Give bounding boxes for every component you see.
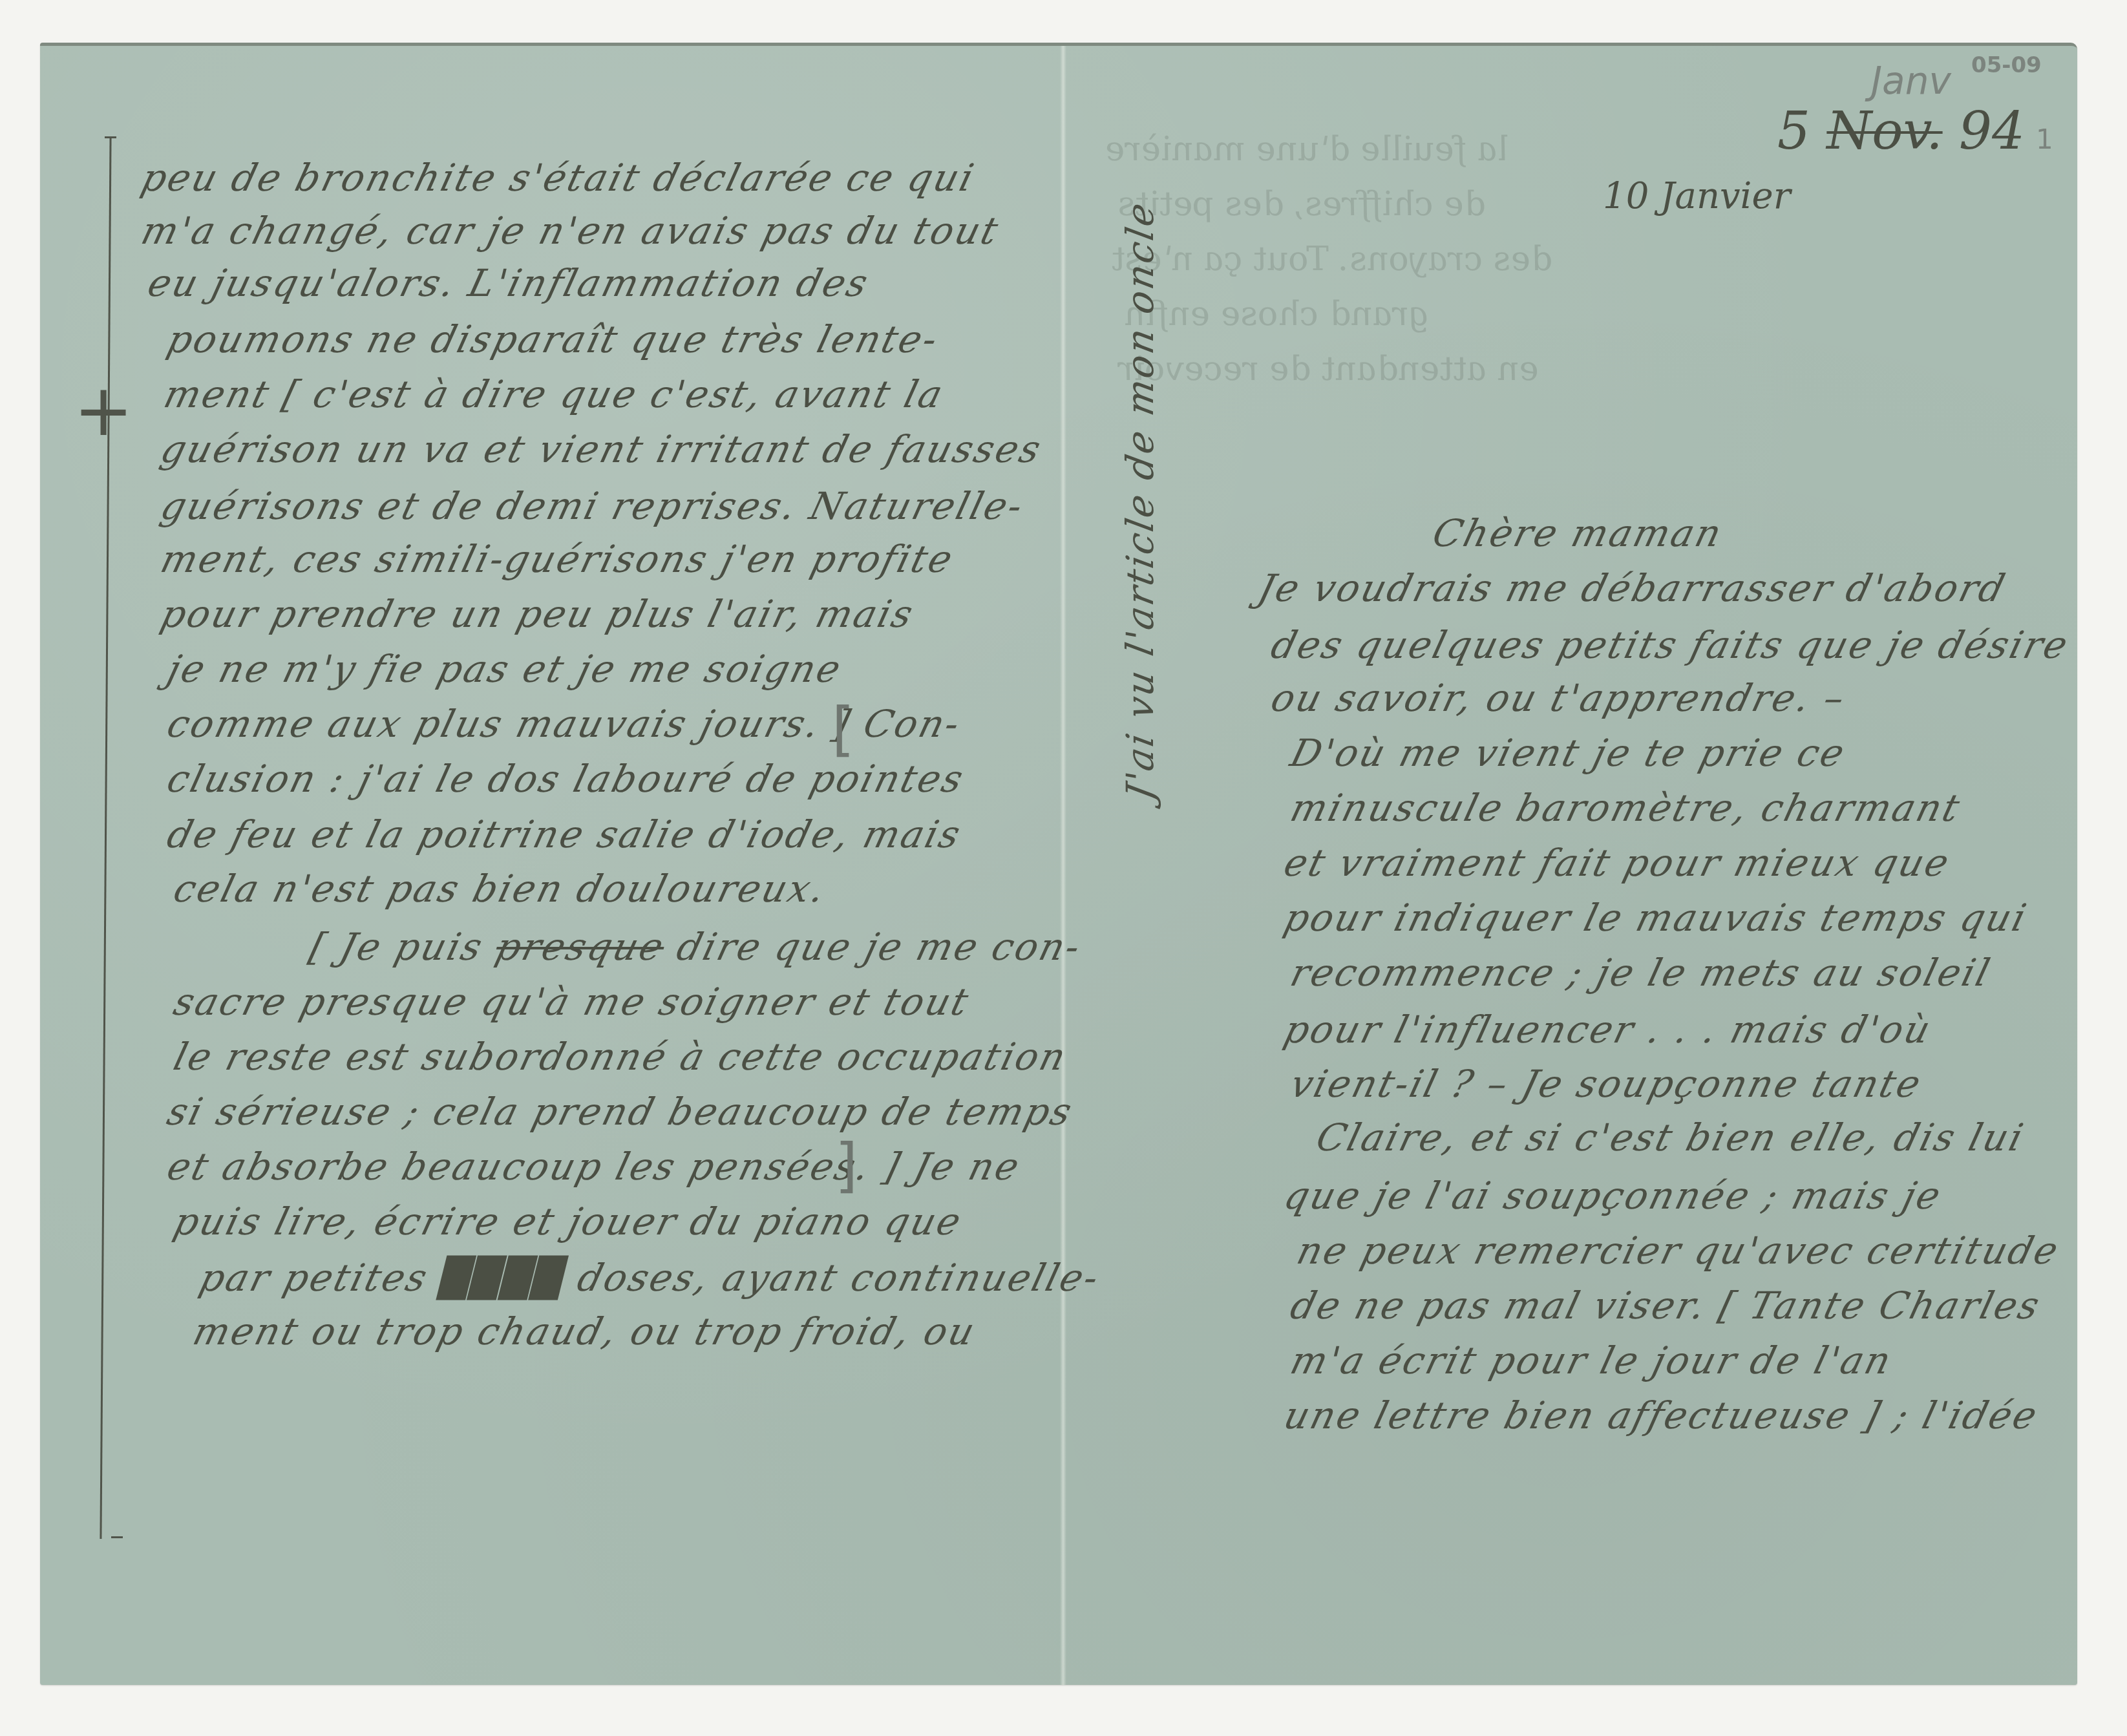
right-page: la feuille d'une manière de chiffres, de…: [1066, 46, 2077, 1685]
left-line-1: peu de bronchite s'était déclarée ce qui: [137, 156, 980, 200]
left-line-10: je ne m'y fie pas et je me soigne: [163, 647, 847, 691]
letter-sheet: + peu de bronchite s'était déclarée ce q…: [40, 43, 2077, 1685]
left-line-6: guérison un va et vient irritant de faus…: [156, 427, 1047, 471]
margin-bracket-top-tick: [105, 136, 116, 138]
bleed-through-line: la feuille d'une manière: [1102, 130, 1512, 169]
bleed-through-line: en attendant de recevoir: [1115, 350, 1543, 388]
date-original-text: 5 Nov. 94: [1777, 101, 2025, 161]
right-line-8: recommence ; je le mets au soleil: [1286, 951, 1996, 995]
right-line-9: pour l'influencer . . . mais d'où: [1280, 1008, 1936, 1052]
date-correction: 10 Janvier: [1603, 175, 1790, 217]
left-line-3: eu jusqu'alors. L'inflammation des: [143, 261, 874, 305]
left-line-21: par petites ████ doses, ayant continuell…: [195, 1256, 1105, 1300]
left-line-22: ment ou trop chaud, ou trop froid, ou: [189, 1309, 981, 1353]
left-line-18: si sérieuse ; cela prend beaucoup de tem…: [163, 1090, 1078, 1134]
left-line-8: ment, ces simili-guérisons j'en profite: [156, 537, 958, 581]
bleed-through-line: des crayons. Tout ça n'est: [1108, 240, 1556, 279]
left-line-4: poumons ne disparaît que très lente-: [163, 317, 944, 361]
left-line-15: [ Je puis presque dire que je me con-: [305, 925, 1086, 969]
left-line-14: cela n'est pas bien douloureux.: [169, 867, 831, 911]
pencil-bracket-mark: ]: [835, 1132, 858, 1200]
right-line-3: ou savoir, ou t'apprendre. –: [1267, 676, 1851, 720]
margin-cross-mark: +: [74, 369, 133, 452]
right-line-7: pour indiquer le mauvais temps qui: [1280, 896, 2032, 940]
left-line-20: puis lire, écrire et jouer du piano que: [169, 1200, 967, 1244]
right-line-4: D'où me vient je te prie ce: [1286, 731, 1850, 775]
pencil-bracket-mark: [: [832, 695, 854, 763]
struck-month: Nov.: [1826, 101, 1942, 161]
right-line-10: vient-il ? – Je soupçonne tante: [1286, 1062, 1927, 1106]
right-line-6: et vraiment fait pour mieux que: [1280, 841, 1955, 885]
right-line-2: des quelques petits faits que je désire: [1267, 623, 2074, 667]
left-line-2: m'a changé, car je n'en avais pas du tou…: [137, 209, 1004, 253]
right-line-11: Claire, et si c'est bien elle, dis lui: [1312, 1116, 2029, 1159]
left-line-7: guérisons et de demi reprises. Naturelle…: [156, 484, 1029, 528]
left-line-15-text: [ Je puis presque dire que je me con-: [305, 925, 1086, 969]
right-line-15: m'a écrit pour le jour de l'an: [1286, 1339, 1897, 1382]
page-number: 1: [2036, 123, 2053, 155]
margin-bracket-bottom-tick: [111, 1536, 123, 1538]
left-line-16: sacre presque qu'à me soigner et tout: [169, 980, 975, 1024]
catalog-number: 05-09: [1971, 52, 2042, 78]
struck-word: presque: [491, 925, 670, 969]
vertical-margin-note: J'ai vu l'article de mon oncle: [1118, 198, 1162, 803]
bleed-through-line: grand chose enfin: [1121, 295, 1434, 333]
left-line-19: et absorbe beaucoup les pensées. ] Je ne: [163, 1145, 1025, 1189]
right-line-5: minuscule baromètre, charmant: [1286, 786, 1965, 830]
right-line-16: une lettre bien affectueuse ] ; l'idée: [1280, 1393, 2043, 1437]
left-line-12: clusion : j'ai le dos labouré de pointes: [163, 757, 969, 801]
right-line-1: Je voudrais me débarrasser d'abord: [1254, 566, 2011, 610]
bleed-through-line: de chiffres, des petits: [1115, 185, 1489, 224]
left-line-13: de feu et la poitrine salie d'iode, mais: [163, 812, 966, 856]
right-line-13: ne peux remercier qu'avec certitude: [1293, 1229, 2064, 1273]
right-line-12: que je l'ai soupçonnée ; mais je: [1280, 1174, 1947, 1218]
date-original: 5 Nov. 94: [1777, 101, 2025, 161]
salutation: Chère maman: [1428, 511, 1728, 555]
pencil-month-correction: Janv: [1871, 59, 1951, 103]
right-line-14: de ne pas mal viser. [ Tante Charles: [1286, 1284, 2046, 1328]
left-line-17: le reste est subordonné à cette occupati…: [169, 1035, 1072, 1079]
margin-bracket: [100, 136, 111, 1539]
left-line-5: ment [ c'est à dire que c'est, avant la: [160, 372, 949, 416]
left-line-9: pour prendre un peu plus l'air, mais: [156, 592, 919, 636]
left-page: + peu de bronchite s'était déclarée ce q…: [40, 46, 1060, 1685]
page-fold: [1060, 46, 1066, 1685]
